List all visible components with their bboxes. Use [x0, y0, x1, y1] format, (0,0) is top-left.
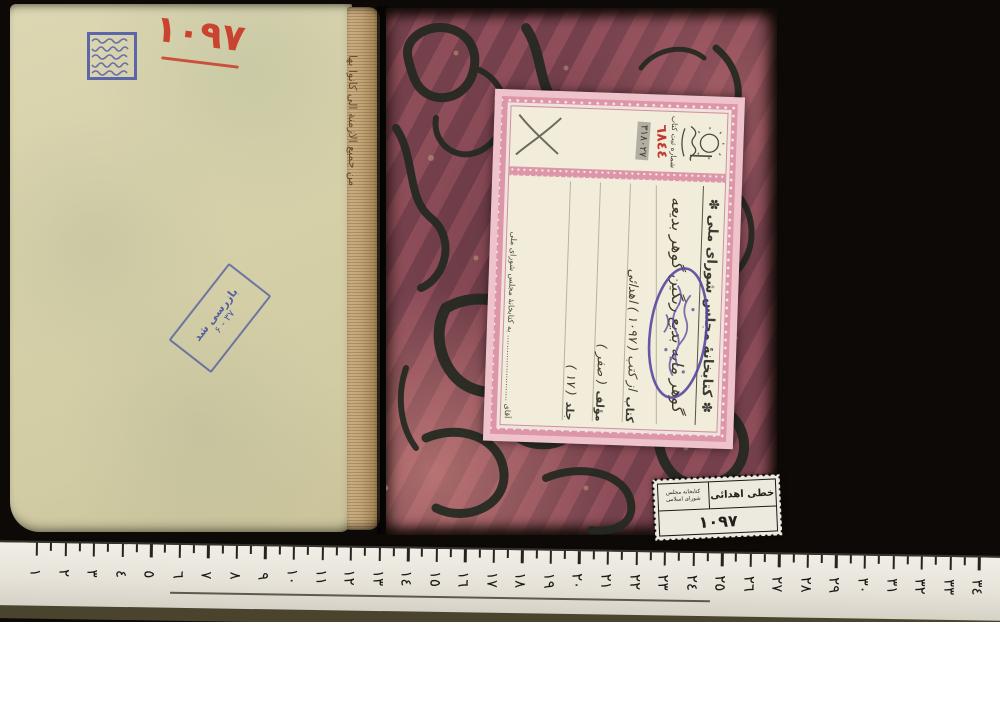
ruler-tick-minor — [221, 546, 223, 554]
pencil-x-scribble — [512, 108, 570, 162]
ruler-number: ٢ — [55, 561, 73, 585]
ruler-tick-major — [264, 546, 267, 559]
ruler-tick-major — [978, 557, 981, 570]
ruler-tick-major — [178, 545, 181, 558]
ruler-tick-minor — [592, 551, 594, 559]
ruler-tick-major — [835, 555, 838, 568]
ruler-tick-major — [892, 556, 895, 569]
ruler-tick-minor — [278, 546, 280, 554]
ruler-tick-minor — [792, 555, 794, 563]
ruler-number: ٧ — [198, 563, 216, 587]
ruler-number: ١٠ — [283, 565, 301, 589]
ruler-tick-major — [378, 548, 381, 561]
ruler-tick-minor — [393, 548, 395, 556]
fore-edge-inscription-text: من جمیع الازمنة الی کانوا بها — [346, 55, 359, 186]
ruler-number: ٣١ — [883, 574, 901, 598]
field-label: کتاب — [623, 396, 637, 423]
ruler-tick-minor — [935, 557, 937, 565]
ruler-tick-major — [350, 548, 353, 561]
ruler-tick-minor — [735, 554, 737, 562]
ruler-number: ١٤ — [397, 566, 415, 590]
ruler-tick-major — [692, 553, 695, 566]
registration-strip: شماره ثبت کتاب ٦٨٤٤ ٣١٨٠٢٧ — [510, 106, 728, 174]
ruler-number: ٣ — [83, 561, 101, 585]
ruler-tick-major — [778, 554, 781, 567]
photograph-area: ١٠٩٧ بازرسی شد ۳۷ - ۶ من جمیع الازمنة ال… — [0, 0, 1000, 622]
ruler-tick-minor — [707, 553, 709, 561]
register-caption: شماره ثبت کتاب — [669, 116, 680, 168]
ruler-tick-minor — [307, 547, 309, 555]
ruler-number: ٣٠ — [854, 573, 872, 597]
ruler-tick-major — [407, 548, 410, 561]
ruler-tick-minor — [250, 546, 252, 554]
library-square-seal-icon — [87, 32, 137, 80]
ruler-number: ١ — [26, 560, 44, 584]
field-label: جلد — [563, 402, 577, 421]
ruler-tick-major — [864, 556, 867, 569]
ruler-tick-minor — [478, 550, 480, 558]
ruler-number: ٣٤ — [968, 575, 986, 599]
ruler-number: ٢٩ — [826, 573, 844, 597]
ruler-tick-major — [949, 557, 952, 570]
ruler-tick-minor — [821, 555, 823, 563]
ruler-tick-major — [578, 551, 581, 564]
ruler-tick-major — [435, 549, 438, 562]
ruler-tick-minor — [336, 547, 338, 555]
ruler-tick-major — [749, 554, 752, 567]
ruler-tick-minor — [650, 552, 652, 560]
ruler-number: ١٣ — [369, 566, 387, 590]
ruler-tick-minor — [764, 554, 766, 562]
lion-and-sun-emblem-icon — [678, 120, 726, 166]
ruler-number: ٢٤ — [683, 571, 701, 595]
ruler-tick-minor — [79, 543, 81, 551]
ruler-tick-minor — [364, 548, 366, 556]
ruler-number: ١٧ — [483, 568, 501, 592]
ruler-number: ٢٨ — [797, 573, 815, 597]
ruler-tick-minor — [906, 556, 908, 564]
ruler-number: ١٥ — [426, 567, 444, 591]
ruler-tick-minor — [193, 545, 195, 553]
ruler-tick-major — [492, 550, 495, 563]
register-number-red: ٦٨٤٤ — [653, 124, 670, 158]
ruler-number: ٢٣ — [654, 570, 672, 594]
ruler-tick-minor — [136, 544, 138, 552]
ruler-number: ٢٠ — [569, 569, 587, 593]
ruler-tick-minor — [164, 545, 166, 553]
ruler-tick-minor — [849, 555, 851, 563]
ruler-number: ٤ — [112, 562, 130, 586]
purple-oval-stamp-icon — [638, 256, 718, 410]
ruler-tick-major — [93, 544, 96, 557]
ruler-tick-major — [36, 543, 39, 556]
accession-org-cell: کتابخانه مجلس شورای اسلامی — [658, 482, 709, 510]
ruler-tick-minor — [621, 552, 623, 560]
ruler-number: ٢١ — [597, 569, 615, 593]
ruler-tick-minor — [450, 549, 452, 557]
accession-sticker: خطی اهدائی کتابخانه مجلس شورای اسلامی ١٠… — [653, 474, 783, 540]
ruler-tick-major — [521, 550, 524, 563]
ruler-tick-major — [207, 545, 210, 558]
label-footer-printed: آقای .......................... به کتابخ… — [503, 179, 520, 418]
register-number-pencil: ٣١٨٠٢٧ — [635, 121, 651, 160]
ruler-number: ٢٦ — [740, 572, 758, 596]
ruler-number: ٣٣ — [940, 575, 958, 599]
ruler-tick-major — [635, 552, 638, 565]
accession-type-cell: خطی اهدائی — [707, 479, 776, 508]
ruler-tick-major — [64, 543, 67, 556]
ruler-tick-minor — [964, 557, 966, 565]
ruler-tick-minor — [50, 543, 52, 551]
ruler-tick-minor — [107, 544, 109, 552]
ruler-tick-major — [607, 552, 610, 565]
ruler-number: ٦ — [169, 563, 187, 587]
ruler-tick-minor — [535, 550, 537, 558]
ruler-tick-major — [664, 552, 667, 565]
ruler-number: ١٩ — [540, 569, 558, 593]
ruler-tick-major — [550, 551, 553, 564]
ruler-number: ٨ — [226, 564, 244, 588]
ruler-tick-major — [464, 549, 467, 562]
ruler-tick-major — [807, 555, 810, 568]
ruler-tick-minor — [564, 551, 566, 559]
ruler-tick-major — [721, 553, 724, 566]
perforation-edge — [778, 474, 785, 535]
ruler-number: ٣٢ — [911, 574, 929, 598]
ruler-number: ١٦ — [455, 567, 473, 591]
fore-edge-inscription: من جمیع الازمنة الی کانوا بها — [341, 55, 377, 475]
rosette-icon: ✽ — [705, 198, 721, 210]
ruler-tick-minor — [678, 553, 680, 561]
field-value-handwritten: ( صفر ) — [594, 343, 609, 385]
ruler-number: ١١ — [312, 565, 330, 589]
ruler-tick-minor — [878, 556, 880, 564]
ruler-number: ٢٢ — [626, 570, 644, 594]
ruler-number: ٥ — [140, 562, 158, 586]
ruler-tick-major — [293, 547, 296, 560]
ruler-tick-major — [921, 557, 924, 570]
ruler-tick-major — [150, 544, 153, 557]
ruler-tick-minor — [421, 549, 423, 557]
ruler-tick-minor — [507, 550, 509, 558]
ruler-number: ٢٧ — [769, 572, 787, 596]
ruler-number: ١٨ — [512, 568, 530, 592]
ruler-tick-major — [121, 544, 124, 557]
flyleaf-page — [10, 4, 352, 532]
ruler-tick-major — [321, 547, 324, 560]
ruler-number: ٢٥ — [711, 571, 729, 595]
ruler-tick-major — [236, 546, 239, 559]
field-value-handwritten: ( ١٧ ) — [564, 365, 579, 396]
accession-number: ١٠٩٧ — [659, 506, 777, 535]
ruler-number: ١٢ — [340, 565, 358, 589]
ruler-number: ٩ — [255, 564, 273, 588]
field-label: مؤلف — [593, 390, 607, 421]
